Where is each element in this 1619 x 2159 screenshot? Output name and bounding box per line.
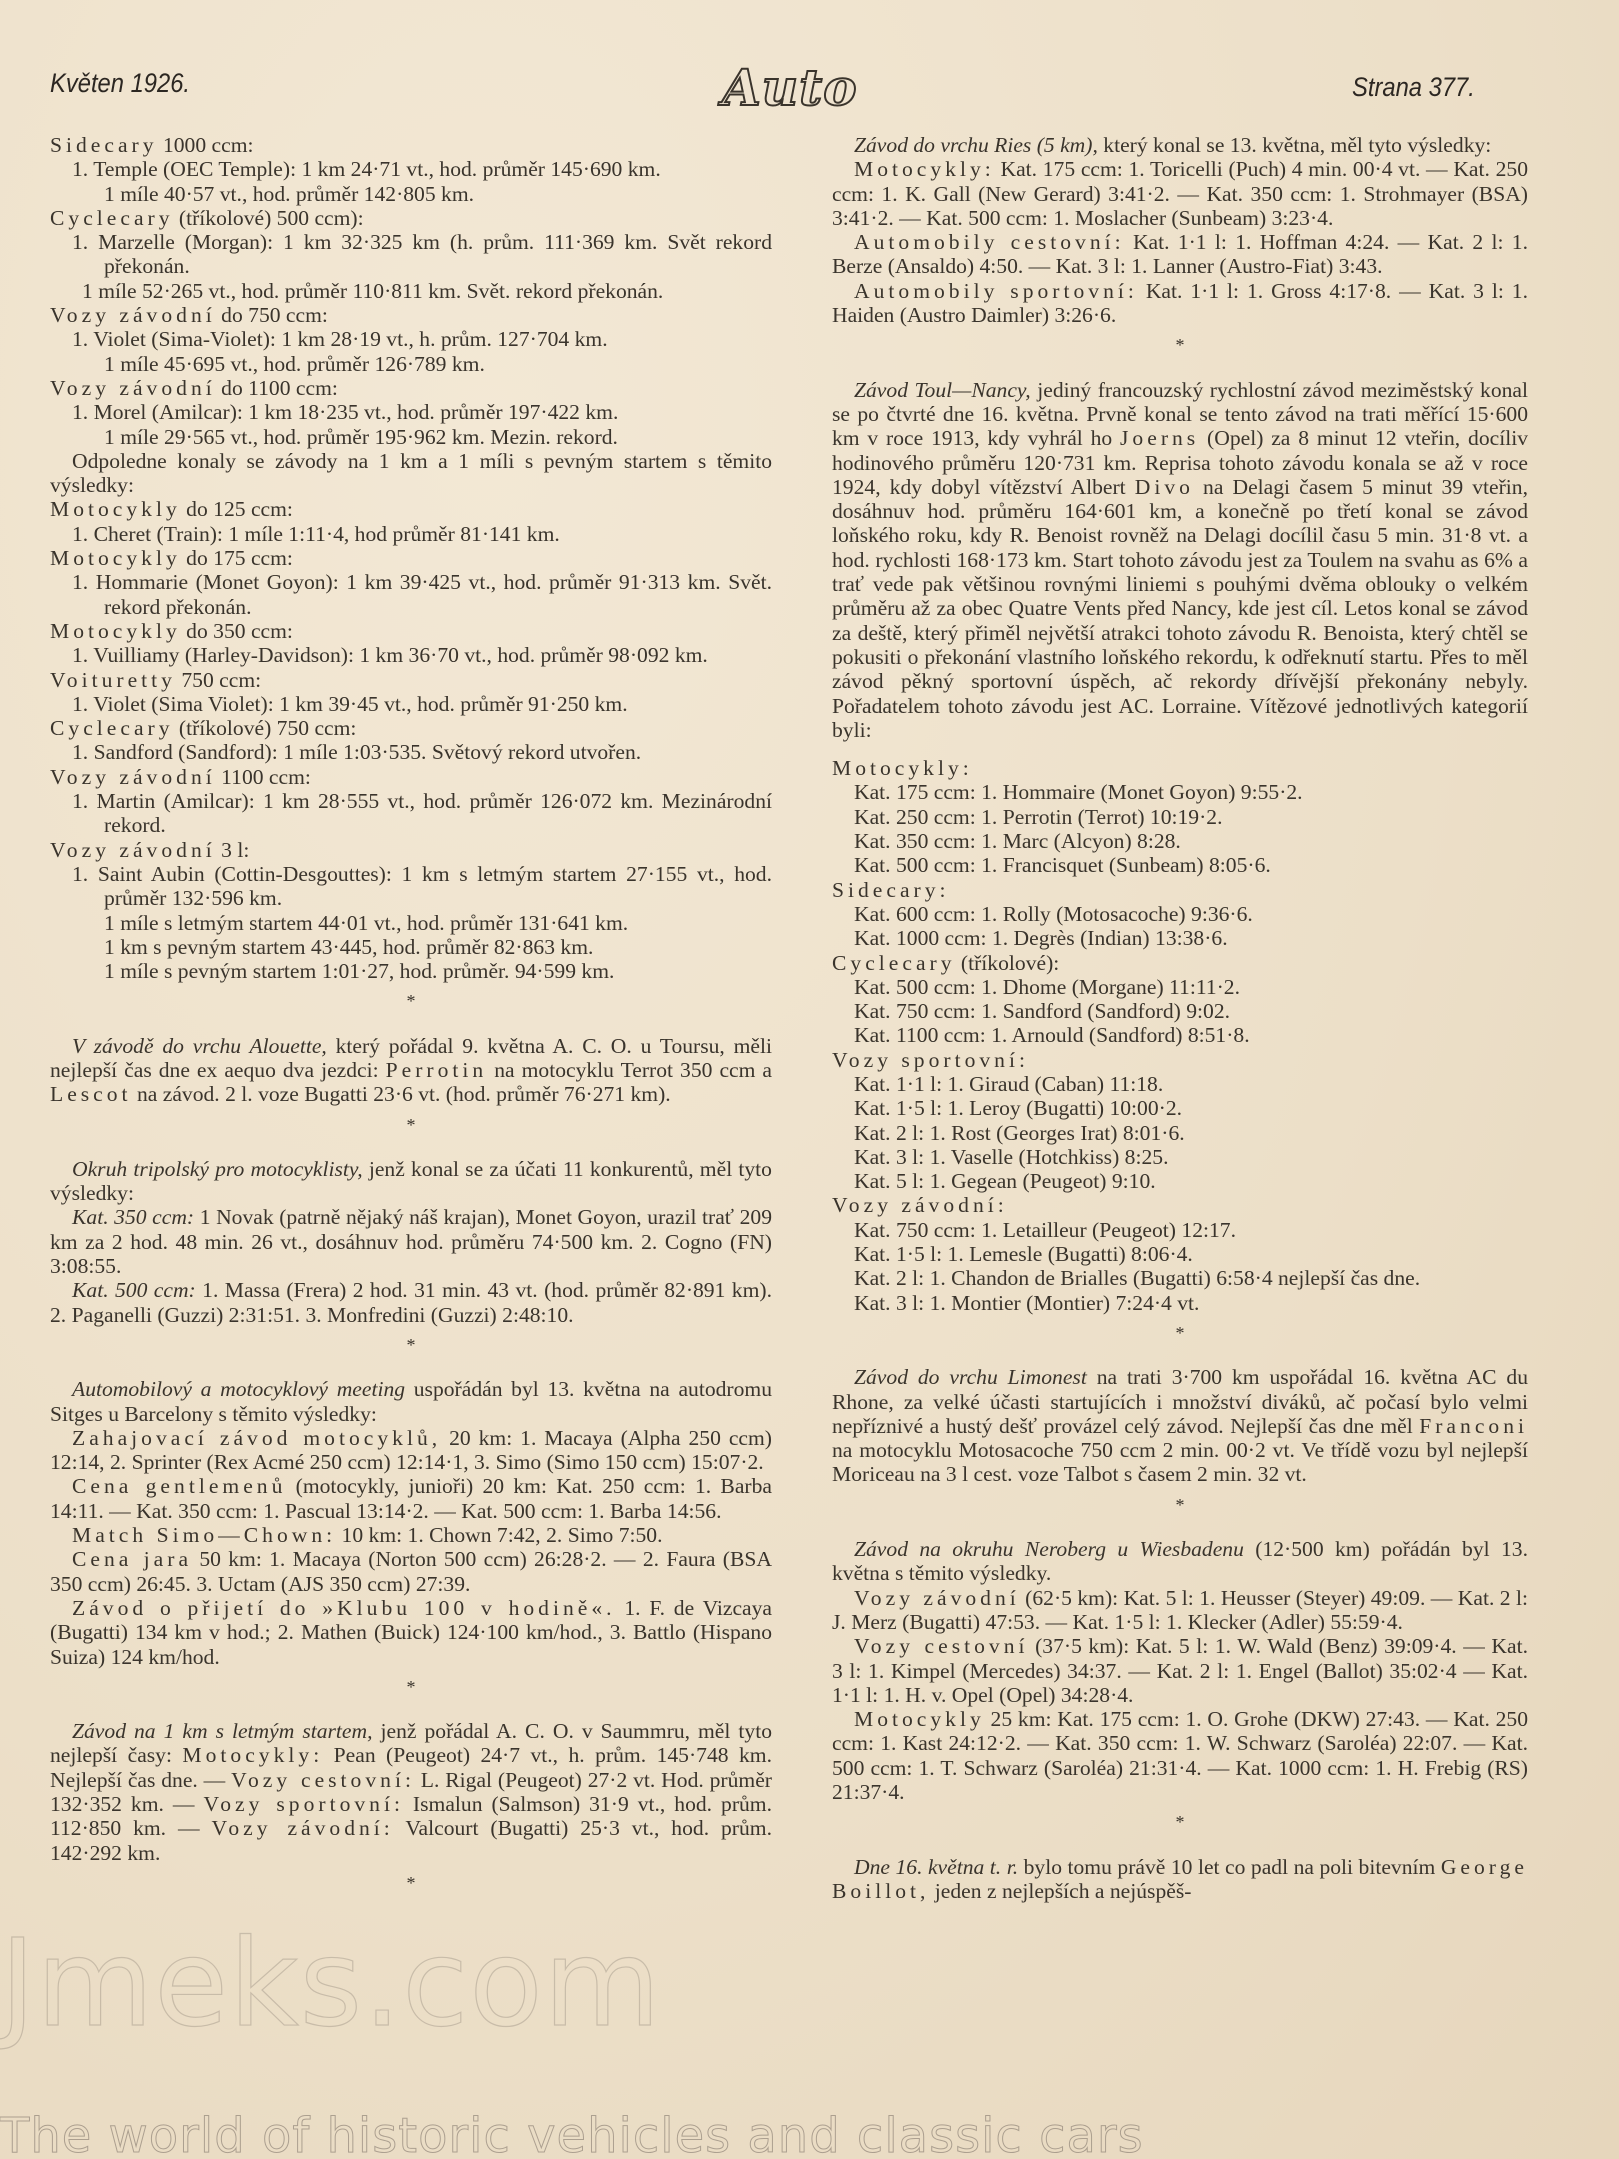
result-line: Kat. 2 l: 1. Rost (Georges Irat) 8:01·6. xyxy=(832,1121,1528,1145)
result-line: Kat. 1·5 l: 1. Leroy (Bugatti) 10:00·2. xyxy=(832,1096,1528,1120)
result-line: 1. Martin (Amilcar): 1 km 28·555 vt., ho… xyxy=(50,789,772,838)
result-line: Kat. 250 ccm: 1. Perrotin (Terrot) 10:19… xyxy=(832,805,1528,829)
section-heading: Sidecary: xyxy=(832,878,1528,902)
section-heading: Vozy závodní 3 l: xyxy=(50,838,772,862)
section-heading: Sidecary 1000 ccm: xyxy=(50,133,772,157)
result-line: Kat. 600 ccm: 1. Rolly (Motosacoche) 9:3… xyxy=(832,902,1528,926)
article-toul-nancy: Závod Toul—Nancy, jediný francouzský ryc… xyxy=(832,378,1528,742)
result-line: Kat. 1100 ccm: 1. Arnould (Sandford) 8:5… xyxy=(832,1023,1528,1047)
result-paragraph: Vozy závodní (62·5 km): Kat. 5 l: 1. Heu… xyxy=(832,1586,1528,1635)
results-list: Kat. 500 ccm: 1. Dhome (Morgane) 11:11·2… xyxy=(832,975,1528,1048)
result-paragraph: Motocykly: Kat. 175 ccm: 1. Toricelli (P… xyxy=(832,157,1528,230)
result-line: 1. Cheret (Train): 1 míle 1:11·4, hod pr… xyxy=(50,522,772,546)
watermark-text: The world of historic vehicles and class… xyxy=(0,2108,1144,2159)
section-divider: * xyxy=(832,1810,1528,1834)
article-sitges: Automobilový a motocyklový meeting uspoř… xyxy=(50,1377,772,1426)
article-boillot: Dne 16. května t. r. bylo tomu právě 10 … xyxy=(832,1855,1528,1904)
paragraph: Odpoledne konaly se závody na 1 km a 1 m… xyxy=(50,449,772,498)
result-line: Kat. 3 l: 1. Montier (Montier) 7:24·4 vt… xyxy=(832,1291,1528,1315)
result-line: Kat. 500 ccm: 1. Dhome (Morgane) 11:11·2… xyxy=(832,975,1528,999)
section-divider: * xyxy=(832,333,1528,357)
section-heading: Vozy závodní do 750 ccm: xyxy=(50,303,772,327)
article-limonest: Závod do vrchu Limonest na trati 3·700 k… xyxy=(832,1365,1528,1486)
result-line: 1 míle s pevným startem 1:01·27, hod. pr… xyxy=(50,959,772,983)
results-list: Kat. 600 ccm: 1. Rolly (Motosacoche) 9:3… xyxy=(832,902,1528,951)
section-heading: Motocykly do 175 ccm: xyxy=(50,546,772,570)
result-paragraph: Kat. 350 ccm: 1 Novak (patrně nějaký náš… xyxy=(50,1205,772,1278)
result-line: Kat. 500 ccm: 1. Francisquet (Sunbeam) 8… xyxy=(832,853,1528,877)
result-line: Kat. 750 ccm: 1. Sandford (Sandford) 9:0… xyxy=(832,999,1528,1023)
section-divider: * xyxy=(50,1333,772,1357)
section-heading: Cyclecary (tříkolové) 750 ccm: xyxy=(50,716,772,740)
result-line: 1. Sandford (Sandford): 1 míle 1:03·535.… xyxy=(50,740,772,764)
section-heading: Motocykly do 350 ccm: xyxy=(50,619,772,643)
section-heading: Vozy závodní 1100 ccm: xyxy=(50,765,772,789)
article-alouette: V závodě do vrchu Alouette, který pořáda… xyxy=(50,1034,772,1107)
section-divider: * xyxy=(832,1493,1528,1517)
section-divider: * xyxy=(50,1871,772,1895)
result-line: 1 míle 29·565 vt., hod. průměr 195·962 k… xyxy=(50,425,772,449)
result-line: Kat. 750 ccm: 1. Letailleur (Peugeot) 12… xyxy=(832,1218,1528,1242)
section-heading: Cyclecary (tříkolové) 500 ccm): xyxy=(50,206,772,230)
result-line: Kat. 2 l: 1. Chandon de Brialles (Bugatt… xyxy=(832,1266,1528,1290)
left-column: Sidecary 1000 ccm: 1. Temple (OEC Temple… xyxy=(50,133,772,1915)
result-line: 1. Violet (Sima Violet): 1 km 39·45 vt.,… xyxy=(50,692,772,716)
section-heading: Voituretty 750 ccm: xyxy=(50,668,772,692)
article-ries: Závod do vrchu Ries (5 km), který konal … xyxy=(832,133,1528,157)
result-line: 1 míle 52·265 vt., hod. průměr 110·811 k… xyxy=(18,279,772,303)
result-line: 1. Hommarie (Monet Goyon): 1 km 39·425 v… xyxy=(50,570,772,619)
results-list: Kat. 1·1 l: 1. Giraud (Caban) 11:18.Kat.… xyxy=(832,1072,1528,1193)
result-line: 1. Violet (Sima-Violet): 1 km 28·19 vt.,… xyxy=(50,327,772,351)
result-paragraph: Kat. 500 ccm: 1. Massa (Frera) 2 hod. 31… xyxy=(50,1278,772,1327)
magazine-logo: Auto xyxy=(722,58,858,117)
result-paragraph: Motocykly 25 km: Kat. 175 ccm: 1. O. Gro… xyxy=(832,1707,1528,1804)
result-line: Kat. 5 l: 1. Gegean (Peugeot) 9:10. xyxy=(832,1169,1528,1193)
result-paragraph: Automobily sportovní: Kat. 1·1 l: 1. Gro… xyxy=(832,279,1528,328)
result-paragraph: Zahajovací závod motocyklů, 20 km: 1. Ma… xyxy=(50,1426,772,1475)
section-heading: Vozy závodní do 1100 ccm: xyxy=(50,376,772,400)
result-line: 1. Marzelle (Morgan): 1 km 32·325 km (h.… xyxy=(50,230,772,279)
section-heading: Motocykly do 125 ccm: xyxy=(50,497,772,521)
page-header: Květen 1926. Auto Strana 377. xyxy=(0,62,1619,112)
results-list: Kat. 750 ccm: 1. Letailleur (Peugeot) 12… xyxy=(832,1218,1528,1315)
result-paragraph: Vozy cestovní (37·5 km): Kat. 5 l: 1. W.… xyxy=(832,1634,1528,1707)
section-heading: Motocykly: xyxy=(832,756,1528,780)
result-line: 1. Morel (Amilcar): 1 km 18·235 vt., hod… xyxy=(50,400,772,424)
result-line: Kat. 1·1 l: 1. Giraud (Caban) 11:18. xyxy=(832,1072,1528,1096)
result-line: Kat. 1·5 l: 1. Lemesle (Bugatti) 8:06·4. xyxy=(832,1242,1528,1266)
result-line: 1 km s pevným startem 43·445, hod. průmě… xyxy=(50,935,772,959)
result-paragraph: Automobily cestovní: Kat. 1·1 l: 1. Hoff… xyxy=(832,230,1528,279)
result-paragraph: Závod o přijetí do »Klubu 100 v hodině«.… xyxy=(50,1596,772,1669)
article-tripoli: Okruh tripolský pro motocyklisty, jenž k… xyxy=(50,1157,772,1206)
watermark-site: Jmeks.com xyxy=(0,1915,662,2054)
result-line: Kat. 350 ccm: 1. Marc (Alcyon) 8:28. xyxy=(832,829,1528,853)
spacer xyxy=(832,742,1528,756)
result-line: 1. Vuilliamy (Harley-Davidson): 1 km 36·… xyxy=(50,643,772,667)
section-divider: * xyxy=(50,1113,772,1137)
page-number: Strana 377. xyxy=(1352,72,1475,103)
article-neroberg: Závod na okruhu Neroberg u Wiesbadenu (1… xyxy=(832,1537,1528,1586)
result-line: Kat. 175 ccm: 1. Hommaire (Monet Goyon) … xyxy=(832,780,1528,804)
section-heading: Vozy sportovní: xyxy=(832,1048,1528,1072)
section-divider: * xyxy=(50,1675,772,1699)
result-line: Kat. 3 l: 1. Vaselle (Hotchkiss) 8:25. xyxy=(832,1145,1528,1169)
result-line: Kat. 1000 ccm: 1. Degrès (Indian) 13:38·… xyxy=(832,926,1528,950)
results-list: Kat. 175 ccm: 1. Hommaire (Monet Goyon) … xyxy=(832,780,1528,877)
issue-date: Květen 1926. xyxy=(50,68,190,99)
result-line: 1 míle s letmým startem 44·01 vt., hod. … xyxy=(50,911,772,935)
result-paragraph: Cena gentlemenů (motocykly, junioři) 20 … xyxy=(50,1474,772,1523)
result-line: 1. Saint Aubin (Cottin-Desgouttes): 1 km… xyxy=(50,862,772,911)
section-heading: Vozy závodní: xyxy=(832,1193,1528,1217)
section-divider: * xyxy=(50,989,772,1013)
section-divider: * xyxy=(832,1321,1528,1345)
result-paragraph: Cena jara 50 km: 1. Macaya (Norton 500 c… xyxy=(50,1547,772,1596)
article-saumur: Závod na 1 km s letmým startem, jenž poř… xyxy=(50,1719,772,1865)
right-column: Závod do vrchu Ries (5 km), který konal … xyxy=(832,133,1528,1903)
result-line: 1. Temple (OEC Temple): 1 km 24·71 vt., … xyxy=(50,157,772,181)
result-paragraph: Match Simo—Chown: 10 km: 1. Chown 7:42, … xyxy=(50,1523,772,1547)
result-line: 1 míle 45·695 vt., hod. průměr 126·789 k… xyxy=(50,352,772,376)
section-heading: Cyclecary (tříkolové): xyxy=(832,951,1528,975)
result-line: 1 míle 40·57 vt., hod. průměr 142·805 km… xyxy=(50,182,772,206)
